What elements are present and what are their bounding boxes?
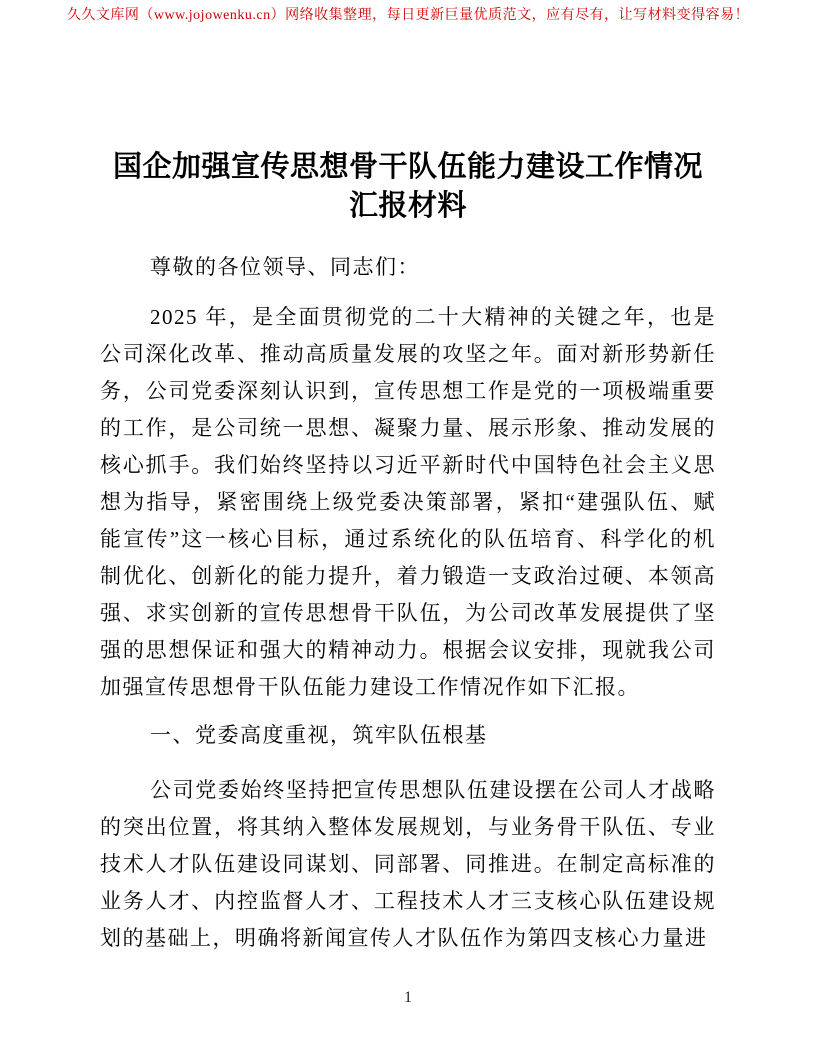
greeting-line: 尊敬的各位领导、同志们： [100, 249, 716, 286]
document-content: 国企加强宣传思想骨干队伍能力建设工作情况汇报材料 尊敬的各位领导、同志们： 20… [100, 0, 716, 957]
paragraph-introduction: 2025 年，是全面贯彻党的二十大精神的关键之年，也是公司深化改革、推动高质量发… [100, 299, 716, 706]
paragraph-section-1: 公司党委始终坚持把宣传思想队伍建设摆在公司人才战略的突出位置，将其纳入整体发展规… [100, 772, 716, 957]
document-page: 久久文库网（www.jojowenku.cn）网络收集整理，每日更新巨量优质范文… [0, 0, 816, 1056]
page-number: 1 [0, 989, 816, 1007]
document-title: 国企加强宣传思想骨干队伍能力建设工作情况汇报材料 [106, 148, 710, 226]
section-heading-1: 一、党委高度重视，筑牢队伍根基 [100, 717, 716, 754]
